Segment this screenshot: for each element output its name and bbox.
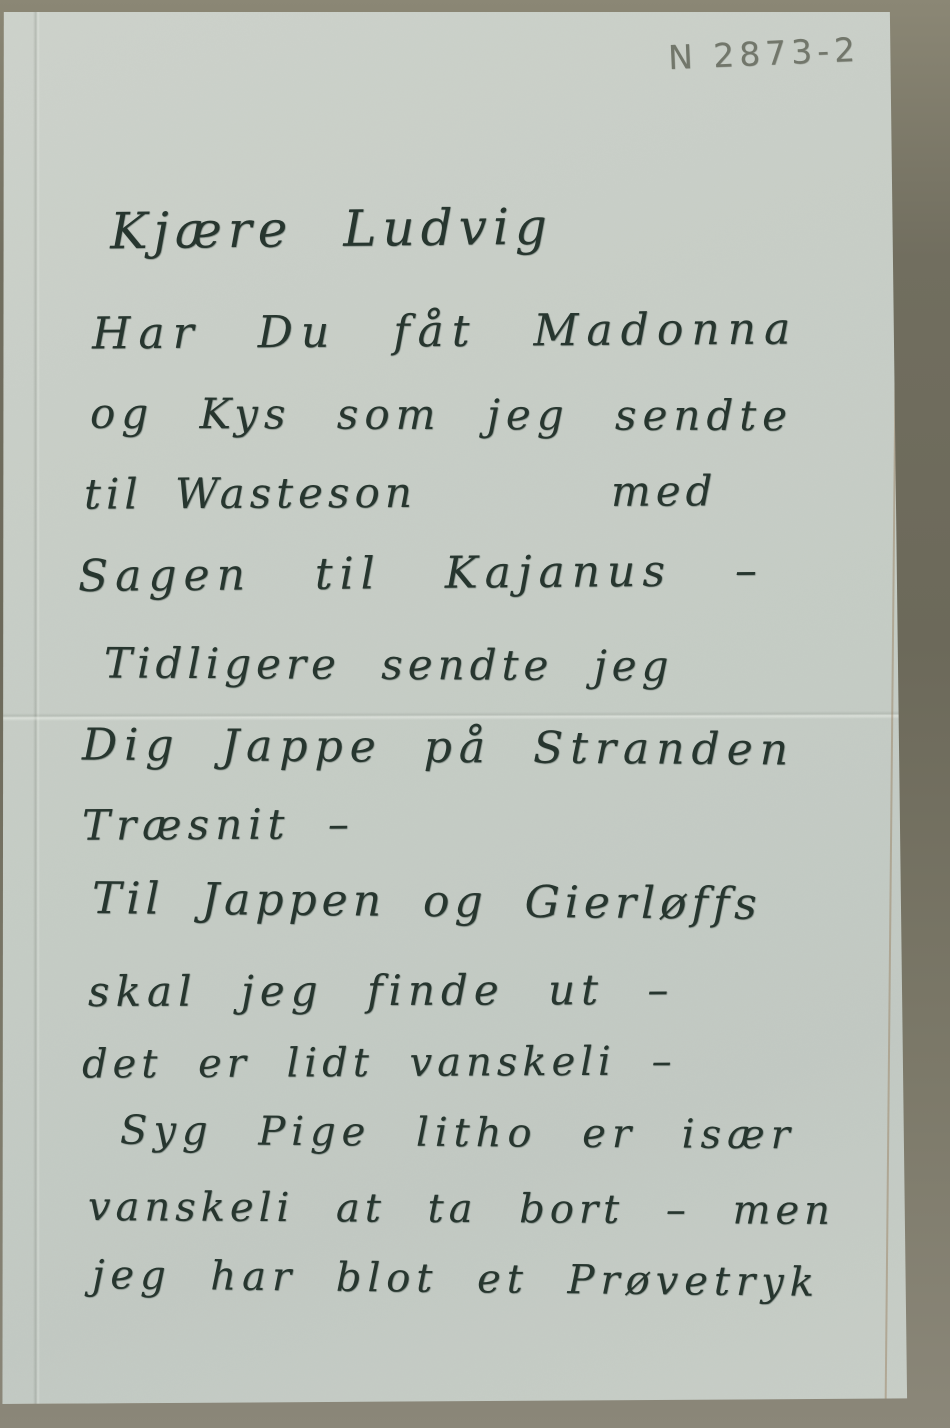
paper-grain-texture	[2, 12, 908, 1404]
horizontal-fold-crease	[2, 711, 908, 721]
paper-cut-edge-bottom	[2, 1400, 908, 1406]
vertical-fold-crease	[33, 12, 40, 1404]
scanned-letter-page: N 2873-2 Kjære Ludvig Har Du fåt Madonna…	[0, 0, 950, 1428]
letter-paper-sheet	[2, 12, 908, 1404]
paper-cut-edge-right	[885, 12, 900, 1404]
